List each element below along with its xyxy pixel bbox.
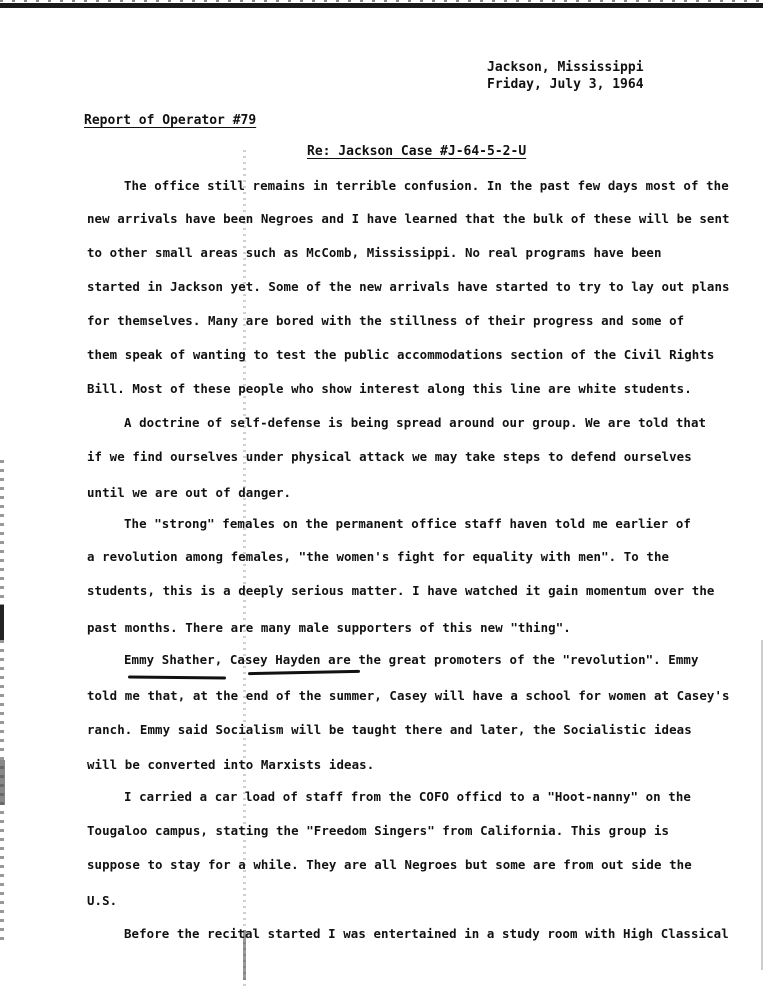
body-line: until we are out of danger. [87,485,291,500]
body-line: told me that, at the end of the summer, … [87,688,730,703]
body-line: A doctrine of self-defense is being spre… [124,415,706,430]
body-line: them speak of wanting to test the public… [87,347,714,362]
scan-left-blot [0,605,4,640]
body-line: The office still remains in terrible con… [124,178,729,193]
body-line: The "strong" females on the permanent of… [124,516,691,531]
body-line: a revolution among females, "the women's… [87,549,669,564]
handwritten-underline [128,675,226,679]
body-line: will be converted into Marxists ideas. [87,757,374,772]
scan-top-dots [0,0,763,2]
body-line: ranch. Emmy said Socialism will be taugh… [87,722,692,737]
body-line: started in Jackson yet. Some of the new … [87,279,730,294]
body-line: Emmy Shather, Casey Hayden are the great… [124,652,699,667]
body-line: Bill. Most of these people who show inte… [87,381,692,396]
body-line: for themselves. Many are bored with the … [87,313,684,328]
handwritten-underline [248,670,360,675]
body-line: I carried a car load of staff from the C… [124,789,691,804]
body-line: new arrivals have been Negroes and I hav… [87,211,730,226]
body-line: Tougaloo campus, stating the "Freedom Si… [87,823,669,838]
place-line: Jackson, Mississippi [487,59,644,76]
scan-left-edge [0,460,4,940]
scan-left-blot [0,760,5,805]
body-line: U.S. [87,893,117,908]
dateline: Jackson, Mississippi Friday, July 3, 196… [487,59,644,93]
body-line: Before the recital started I was enterta… [124,926,729,941]
scan-top-border [0,3,763,8]
case-reference: Re: Jackson Case #J-64-5-2-U [307,144,526,159]
body-line: students, this is a deeply serious matte… [87,583,714,598]
body-line: past months. There are many male support… [87,620,571,635]
body-line: to other small areas such as McComb, Mis… [87,245,662,260]
date-line: Friday, July 3, 1964 [487,76,644,93]
body-line: suppose to stay for a while. They are al… [87,857,692,872]
body-line: if we find ourselves under physical atta… [87,449,692,464]
report-title: Report of Operator #79 [84,113,256,128]
